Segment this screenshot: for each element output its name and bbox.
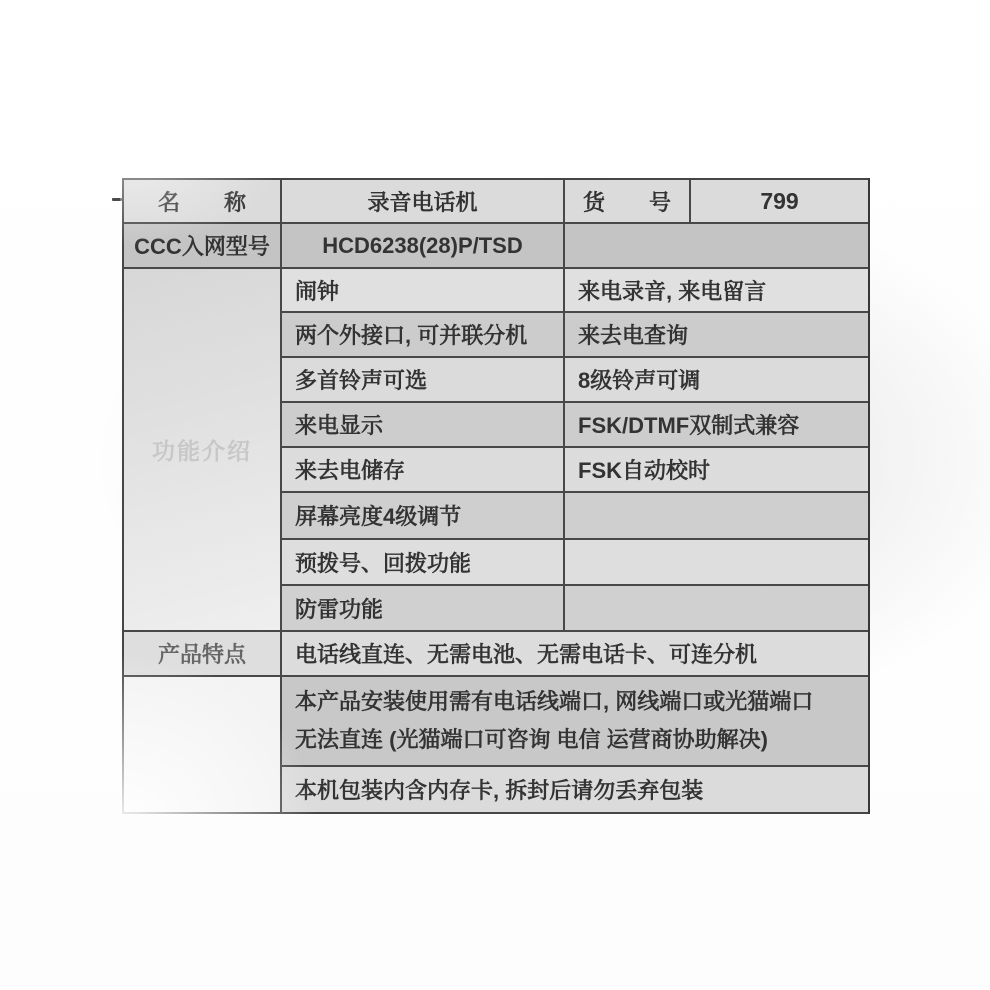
feature-left-ringtones: 多首铃声可选 <box>282 358 565 403</box>
feature-left-brightness: 屏幕亮度4级调节 <box>282 493 565 540</box>
highlights-empty-left-cell <box>124 677 282 812</box>
photo-artifact-dash <box>112 198 122 201</box>
feature-left-lightning: 防雷功能 <box>282 586 565 632</box>
feature-left-caller-id: 来电显示 <box>282 403 565 448</box>
installation-note-cell: 本产品安装使用需有电话线端口, 网线端口或光猫端口 无法直连 (光猫端口可咨询 … <box>282 677 868 767</box>
highlights-summary-cell: 电话线直连、无需电池、无需电话卡、可连分机 <box>282 632 868 677</box>
feature-right-fsk-time: FSK自动校时 <box>565 448 868 493</box>
feature-left-call-storage: 来去电储存 <box>282 448 565 493</box>
sku-label-cell: 货 号 <box>565 180 691 224</box>
feature-right-fsk-dtmf: FSK/DTMF双制式兼容 <box>565 403 868 448</box>
features-section-label: 功能介绍 <box>124 269 282 632</box>
name-value-cell: 录音电话机 <box>282 180 565 224</box>
sku-value-cell: 799 <box>691 180 868 224</box>
product-spec-table: 名 称 录音电话机 货 号 799 CCC入网型号 HCD6238(28)P/T… <box>122 178 870 814</box>
feature-left-alarm: 闹钟 <box>282 269 565 313</box>
feature-right-empty-3 <box>565 586 868 632</box>
feature-left-predial: 预拨号、回拨功能 <box>282 540 565 586</box>
feature-right-ring-levels: 8级铃声可调 <box>565 358 868 403</box>
ccc-label-cell: CCC入网型号 <box>124 224 282 269</box>
package-note-cell: 本机包装内含内存卡, 拆封后请勿丢弃包装 <box>282 767 868 812</box>
installation-note-line2: 无法直连 (光猫端口可咨询 电信 运营商协助解决) <box>295 721 768 759</box>
feature-right-recording: 来电录音, 来电留言 <box>565 269 868 313</box>
feature-right-empty-1 <box>565 493 868 540</box>
highlights-section-label: 产品特点 <box>124 632 282 677</box>
name-label-cell: 名 称 <box>124 180 282 224</box>
ccc-value-cell: HCD6238(28)P/TSD <box>282 224 565 269</box>
installation-note-line1: 本产品安装使用需有电话线端口, 网线端口或光猫端口 <box>295 683 813 721</box>
ccc-empty-cell <box>565 224 868 269</box>
feature-left-ports: 两个外接口, 可并联分机 <box>282 313 565 358</box>
feature-right-call-query: 来去电查询 <box>565 313 868 358</box>
feature-right-empty-2 <box>565 540 868 586</box>
